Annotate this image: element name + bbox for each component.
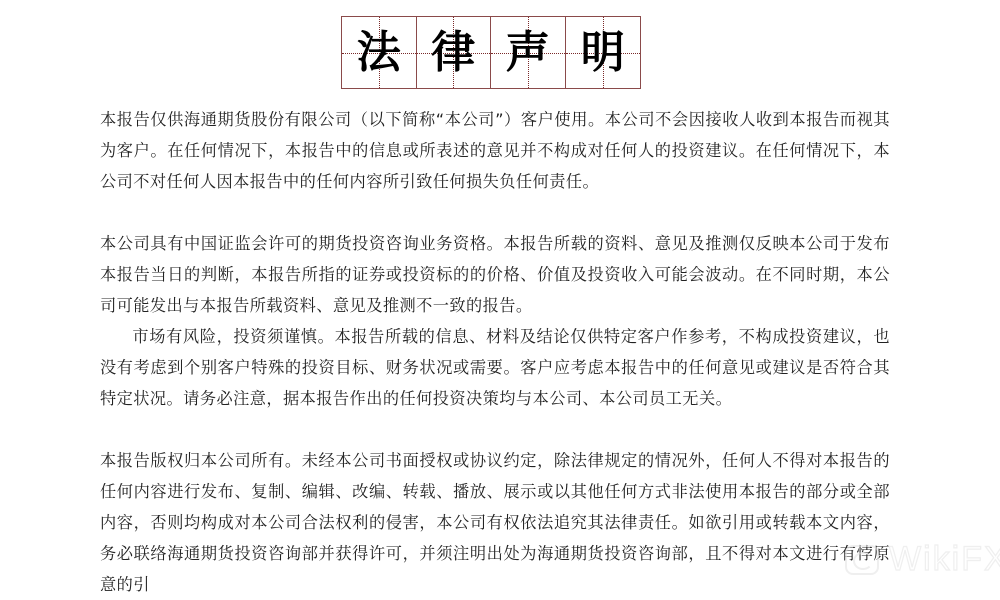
title-char: 声 [506, 31, 550, 75]
watermark: WikiFX [845, 540, 1000, 579]
disclaimer-body: 本报告仅供海通期货股份有限公司（以下简称“本公司”）客户使用。本公司不会因接收人… [100, 104, 890, 600]
watermark-text: WikiFX [889, 540, 1000, 579]
title-cell: 明 [566, 17, 641, 88]
paragraph-usage: 本报告仅供海通期货股份有限公司（以下简称“本公司”）客户使用。本公司不会因接收人… [100, 104, 890, 197]
title-cell: 声 [491, 17, 566, 88]
title-char: 明 [581, 31, 625, 75]
paragraph-risk: 市场有风险，投资须谨慎。本报告所载的信息、材料及结论仅供特定客户作参考，不构成投… [100, 321, 890, 414]
title-char: 律 [431, 31, 475, 75]
paragraph-copyright: 本报告版权归本公司所有。未经本公司书面授权或协议约定，除法律规定的情况外，任何人… [100, 445, 890, 600]
title-char: 法 [357, 31, 401, 75]
wikifx-logo-icon [845, 545, 879, 575]
title-cell: 法 [342, 17, 417, 88]
document-title: 法 律 声 明 [341, 16, 641, 89]
title-cell: 律 [417, 17, 492, 88]
paragraph-qualification: 本公司具有中国证监会许可的期货投资咨询业务资格。本报告所载的资料、意见及推测仅反… [100, 228, 890, 321]
